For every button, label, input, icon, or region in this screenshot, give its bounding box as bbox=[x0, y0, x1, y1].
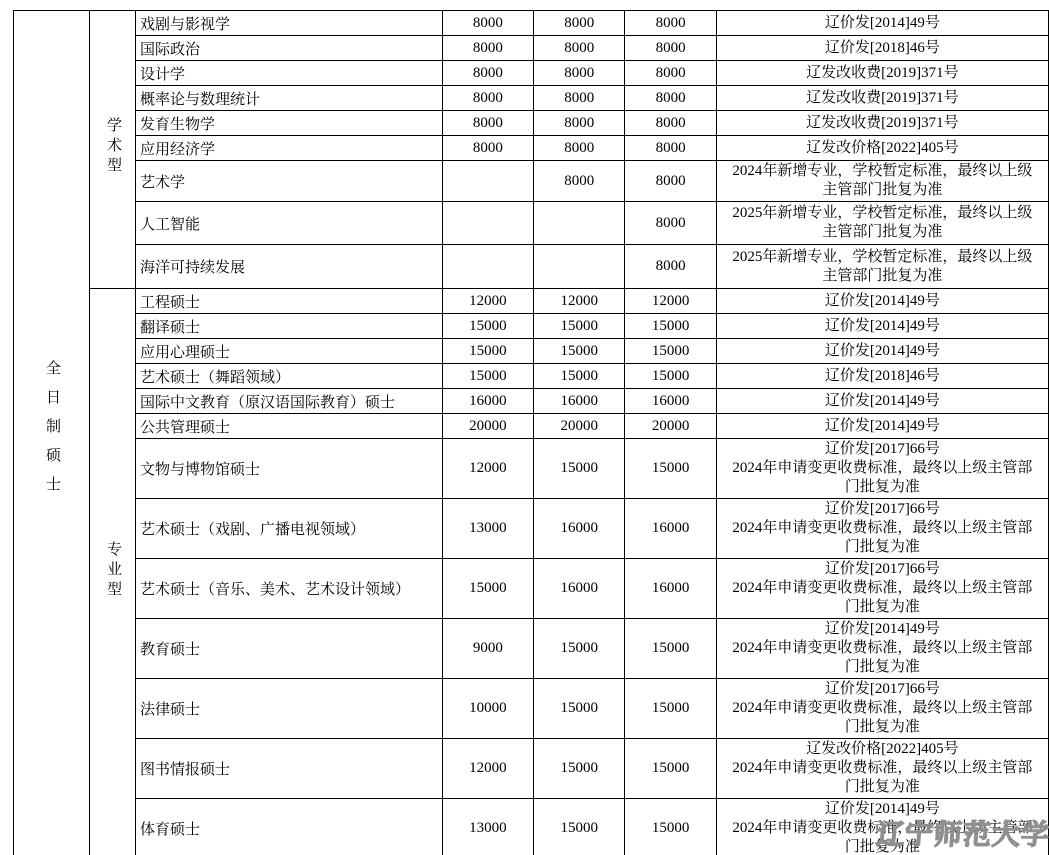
fee-year2-cell: 15000 bbox=[534, 739, 625, 799]
fee-year2-cell bbox=[534, 245, 625, 289]
reference-cell: 辽发改收费[2019]371号 bbox=[716, 61, 1048, 86]
program-cell: 设计学 bbox=[136, 61, 443, 86]
reference-cell: 辽发改价格[2022]405号 bbox=[716, 136, 1048, 161]
fee-year3-cell: 8000 bbox=[625, 202, 716, 245]
program-cell: 海洋可持续发展 bbox=[136, 245, 443, 289]
table-row: 艺术学 8000 8000 2024年新增专业，学校暂定标准，最终以上级 主管部… bbox=[14, 161, 1049, 202]
type-label-cell-professional: 专业型 bbox=[90, 289, 136, 855]
table-row: 人工智能 8000 2025年新增专业，学校暂定标准，最终以上级 主管部门批复为… bbox=[14, 202, 1049, 245]
fee-year3-cell: 16000 bbox=[625, 389, 716, 414]
fee-year1-cell bbox=[442, 161, 533, 202]
table-row: 发育生物学 8000 8000 8000 辽发改收费[2019]371号 bbox=[14, 111, 1049, 136]
reference-cell: 辽价发[2014]49号 bbox=[716, 339, 1048, 364]
fee-year1-cell: 12000 bbox=[442, 739, 533, 799]
fee-year1-cell: 15000 bbox=[442, 314, 533, 339]
fee-year2-cell: 16000 bbox=[534, 389, 625, 414]
reference-cell: 辽价发[2018]46号 bbox=[716, 364, 1048, 389]
fee-year2-cell: 8000 bbox=[534, 11, 625, 36]
reference-cell: 辽价发[2014]49号 2024年申请变更收费标准，最终以上级主管部 门批复为… bbox=[716, 799, 1048, 855]
fee-year1-cell bbox=[442, 202, 533, 245]
program-cell: 国际中文教育（原汉语国际教育）硕士 bbox=[136, 389, 443, 414]
program-cell: 应用经济学 bbox=[136, 136, 443, 161]
reference-cell: 辽价发[2014]49号 bbox=[716, 289, 1048, 314]
reference-cell: 辽价发[2014]49号 2024年申请变更收费标准，最终以上级主管部 门批复为… bbox=[716, 619, 1048, 679]
fee-year3-cell: 15000 bbox=[625, 619, 716, 679]
reference-cell: 辽价发[2018]46号 bbox=[716, 36, 1048, 61]
fee-year3-cell: 16000 bbox=[625, 499, 716, 559]
reference-cell: 2025年新增专业，学校暂定标准，最终以上级 主管部门批复为准 bbox=[716, 202, 1048, 245]
fee-year3-cell: 8000 bbox=[625, 36, 716, 61]
fee-year3-cell: 8000 bbox=[625, 136, 716, 161]
fee-year3-cell: 15000 bbox=[625, 799, 716, 855]
fee-year1-cell: 13000 bbox=[442, 499, 533, 559]
fee-year1-cell: 12000 bbox=[442, 439, 533, 499]
table-row: 应用经济学 8000 8000 8000 辽发改价格[2022]405号 bbox=[14, 136, 1049, 161]
type-label-academic: 学术型 bbox=[105, 117, 120, 177]
fee-year3-cell: 12000 bbox=[625, 289, 716, 314]
fee-year1-cell: 8000 bbox=[442, 136, 533, 161]
fee-year2-cell: 8000 bbox=[534, 36, 625, 61]
program-cell: 文物与博物馆硕士 bbox=[136, 439, 443, 499]
fee-year3-cell: 8000 bbox=[625, 61, 716, 86]
fee-year2-cell: 8000 bbox=[534, 86, 625, 111]
program-cell: 法律硕士 bbox=[136, 679, 443, 739]
fee-year2-cell: 8000 bbox=[534, 61, 625, 86]
table-row: 全日制硕士 学术型 戏剧与影视学 8000 8000 8000 辽价发[2014… bbox=[14, 11, 1049, 36]
fee-year2-cell bbox=[534, 202, 625, 245]
fee-year2-cell: 15000 bbox=[534, 619, 625, 679]
table-row: 体育硕士 13000 15000 15000 辽价发[2014]49号 2024… bbox=[14, 799, 1049, 855]
fee-year3-cell: 20000 bbox=[625, 414, 716, 439]
fee-year3-cell: 8000 bbox=[625, 245, 716, 289]
table-row: 艺术硕士（戏剧、广播电视领域） 13000 16000 16000 辽价发[20… bbox=[14, 499, 1049, 559]
fee-year2-cell: 20000 bbox=[534, 414, 625, 439]
table-row: 专业型 工程硕士 12000 12000 12000 辽价发[2014]49号 bbox=[14, 289, 1049, 314]
program-cell: 发育生物学 bbox=[136, 111, 443, 136]
reference-cell: 2024年新增专业，学校暂定标准，最终以上级 主管部门批复为准 bbox=[716, 161, 1048, 202]
fee-year1-cell: 15000 bbox=[442, 339, 533, 364]
fee-year3-cell: 15000 bbox=[625, 364, 716, 389]
program-cell: 艺术硕士（音乐、美术、艺术设计领域） bbox=[136, 559, 443, 619]
fee-year1-cell: 8000 bbox=[442, 61, 533, 86]
fee-year1-cell: 15000 bbox=[442, 364, 533, 389]
fee-year3-cell: 8000 bbox=[625, 11, 716, 36]
fee-year1-cell: 12000 bbox=[442, 289, 533, 314]
fee-year2-cell: 12000 bbox=[534, 289, 625, 314]
table-row: 概率论与数理统计 8000 8000 8000 辽发改收费[2019]371号 bbox=[14, 86, 1049, 111]
program-cell: 人工智能 bbox=[136, 202, 443, 245]
program-cell: 公共管理硕士 bbox=[136, 414, 443, 439]
fee-year2-cell: 15000 bbox=[534, 314, 625, 339]
table-row: 文物与博物馆硕士 12000 15000 15000 辽价发[2017]66号 … bbox=[14, 439, 1049, 499]
fee-year2-cell: 8000 bbox=[534, 111, 625, 136]
fee-year1-cell: 8000 bbox=[442, 86, 533, 111]
fee-year1-cell: 20000 bbox=[442, 414, 533, 439]
fee-year3-cell: 15000 bbox=[625, 679, 716, 739]
program-cell: 翻译硕士 bbox=[136, 314, 443, 339]
fee-year2-cell: 15000 bbox=[534, 679, 625, 739]
fee-year2-cell: 15000 bbox=[534, 439, 625, 499]
reference-cell: 辽价发[2017]66号 2024年申请变更收费标准，最终以上级主管部 门批复为… bbox=[716, 439, 1048, 499]
tuition-fee-table: 全日制硕士 学术型 戏剧与影视学 8000 8000 8000 辽价发[2014… bbox=[13, 10, 1049, 855]
table-row: 艺术硕士（音乐、美术、艺术设计领域） 15000 16000 16000 辽价发… bbox=[14, 559, 1049, 619]
table-row: 公共管理硕士 20000 20000 20000 辽价发[2014]49号 bbox=[14, 414, 1049, 439]
program-cell: 国际政治 bbox=[136, 36, 443, 61]
program-cell: 体育硕士 bbox=[136, 799, 443, 855]
fee-year3-cell: 15000 bbox=[625, 439, 716, 499]
table-row: 国际政治 8000 8000 8000 辽价发[2018]46号 bbox=[14, 36, 1049, 61]
fee-year2-cell: 15000 bbox=[534, 799, 625, 855]
type-label-cell-academic: 学术型 bbox=[90, 11, 136, 289]
fee-year1-cell: 9000 bbox=[442, 619, 533, 679]
reference-cell: 辽价发[2017]66号 2024年申请变更收费标准，最终以上级主管部 门批复为… bbox=[716, 679, 1048, 739]
reference-cell: 2025年新增专业，学校暂定标准，最终以上级 主管部门批复为准 bbox=[716, 245, 1048, 289]
table-row: 海洋可持续发展 8000 2025年新增专业，学校暂定标准，最终以上级 主管部门… bbox=[14, 245, 1049, 289]
fee-year1-cell: 10000 bbox=[442, 679, 533, 739]
reference-cell: 辽价发[2017]66号 2024年申请变更收费标准，最终以上级主管部 门批复为… bbox=[716, 499, 1048, 559]
fee-year2-cell: 8000 bbox=[534, 161, 625, 202]
reference-cell: 辽价发[2014]49号 bbox=[716, 11, 1048, 36]
table-row: 教育硕士 9000 15000 15000 辽价发[2014]49号 2024年… bbox=[14, 619, 1049, 679]
group-label: 全日制硕士 bbox=[44, 360, 59, 505]
program-cell: 应用心理硕士 bbox=[136, 339, 443, 364]
program-cell: 教育硕士 bbox=[136, 619, 443, 679]
fee-year3-cell: 15000 bbox=[625, 314, 716, 339]
table-row: 应用心理硕士 15000 15000 15000 辽价发[2014]49号 bbox=[14, 339, 1049, 364]
table-row: 国际中文教育（原汉语国际教育）硕士 16000 16000 16000 辽价发[… bbox=[14, 389, 1049, 414]
reference-cell: 辽发改价格[2022]405号 2024年申请变更收费标准，最终以上级主管部 门… bbox=[716, 739, 1048, 799]
program-cell: 图书情报硕士 bbox=[136, 739, 443, 799]
fee-year1-cell: 13000 bbox=[442, 799, 533, 855]
reference-cell: 辽价发[2014]49号 bbox=[716, 314, 1048, 339]
reference-cell: 辽价发[2014]49号 bbox=[716, 389, 1048, 414]
table-row: 图书情报硕士 12000 15000 15000 辽发改价格[2022]405号… bbox=[14, 739, 1049, 799]
fee-year2-cell: 16000 bbox=[534, 499, 625, 559]
reference-cell: 辽价发[2017]66号 2024年申请变更收费标准，最终以上级主管部 门批复为… bbox=[716, 559, 1048, 619]
fee-year1-cell: 8000 bbox=[442, 11, 533, 36]
reference-cell: 辽发改收费[2019]371号 bbox=[716, 86, 1048, 111]
fee-year3-cell: 15000 bbox=[625, 339, 716, 364]
program-cell: 概率论与数理统计 bbox=[136, 86, 443, 111]
fee-year1-cell: 8000 bbox=[442, 36, 533, 61]
fee-year2-cell: 8000 bbox=[534, 136, 625, 161]
group-label-cell: 全日制硕士 bbox=[14, 11, 90, 855]
fee-year3-cell: 8000 bbox=[625, 161, 716, 202]
table-row: 设计学 8000 8000 8000 辽发改收费[2019]371号 bbox=[14, 61, 1049, 86]
program-cell: 艺术学 bbox=[136, 161, 443, 202]
fee-year3-cell: 16000 bbox=[625, 559, 716, 619]
type-label-professional: 专业型 bbox=[105, 541, 120, 601]
table-row: 法律硕士 10000 15000 15000 辽价发[2017]66号 2024… bbox=[14, 679, 1049, 739]
fee-year2-cell: 16000 bbox=[534, 559, 625, 619]
fee-year3-cell: 15000 bbox=[625, 739, 716, 799]
reference-cell: 辽价发[2014]49号 bbox=[716, 414, 1048, 439]
table-row: 艺术硕士（舞蹈领域） 15000 15000 15000 辽价发[2018]46… bbox=[14, 364, 1049, 389]
fee-year2-cell: 15000 bbox=[534, 364, 625, 389]
fee-year1-cell bbox=[442, 245, 533, 289]
fee-year2-cell: 15000 bbox=[534, 339, 625, 364]
program-cell: 艺术硕士（舞蹈领域） bbox=[136, 364, 443, 389]
fee-year1-cell: 15000 bbox=[442, 559, 533, 619]
fee-year3-cell: 8000 bbox=[625, 86, 716, 111]
program-cell: 工程硕士 bbox=[136, 289, 443, 314]
program-cell: 艺术硕士（戏剧、广播电视领域） bbox=[136, 499, 443, 559]
program-cell: 戏剧与影视学 bbox=[136, 11, 443, 36]
fee-year1-cell: 8000 bbox=[442, 111, 533, 136]
fee-year3-cell: 8000 bbox=[625, 111, 716, 136]
fee-year1-cell: 16000 bbox=[442, 389, 533, 414]
table-row: 翻译硕士 15000 15000 15000 辽价发[2014]49号 bbox=[14, 314, 1049, 339]
reference-cell: 辽发改收费[2019]371号 bbox=[716, 111, 1048, 136]
